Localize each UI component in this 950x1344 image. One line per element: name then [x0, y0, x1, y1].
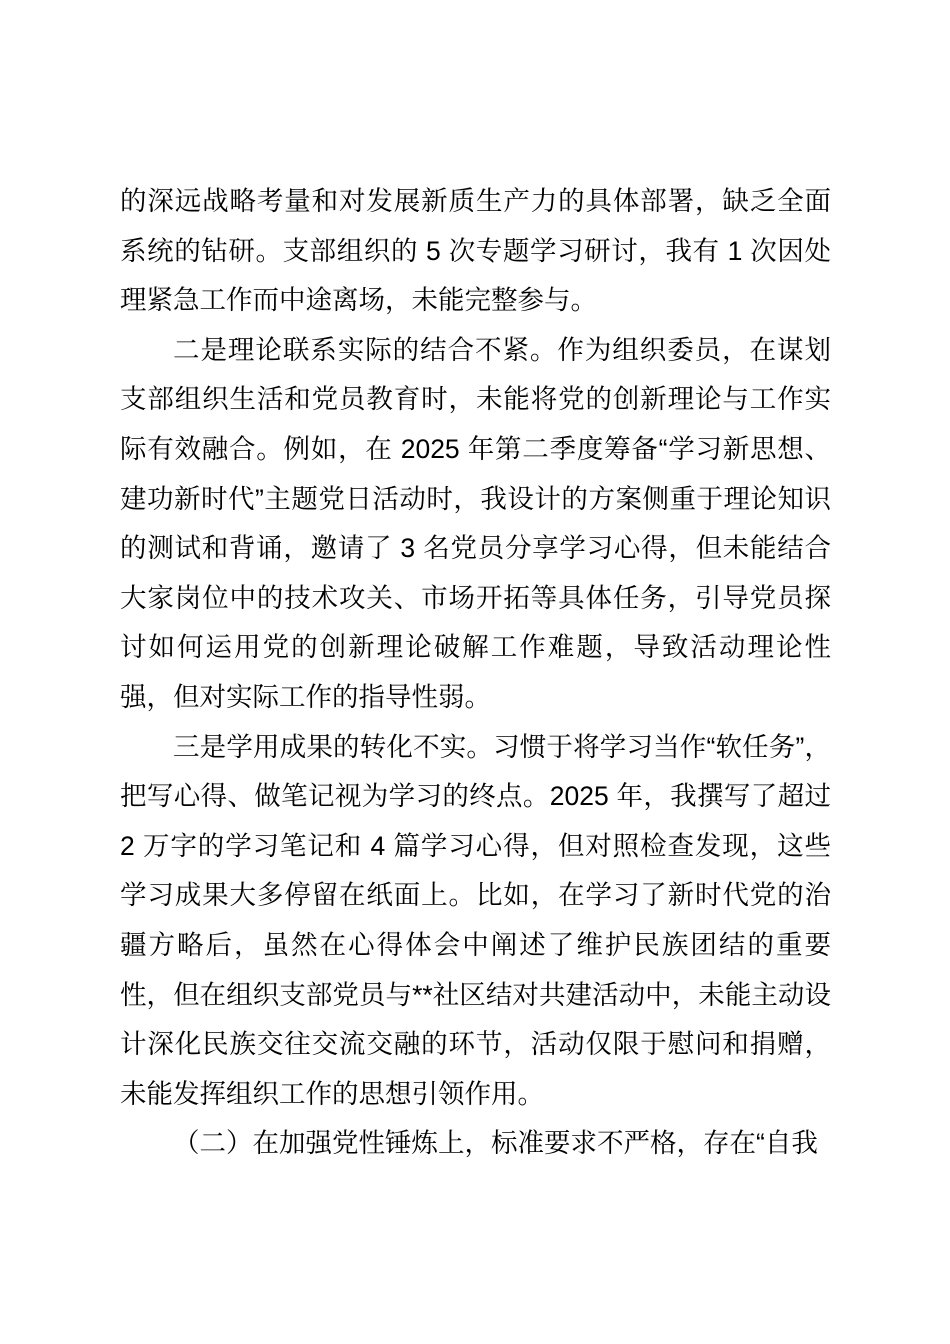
- document-page: 的深远战略考量和对发展新质生产力的具体部署，缺乏全面系统的钻研。支部组织的 5 …: [0, 0, 950, 1344]
- paragraph-carryover: 的深远战略考量和对发展新质生产力的具体部署，缺乏全面系统的钻研。支部组织的 5 …: [120, 177, 831, 326]
- document-text-block: 的深远战略考量和对发展新质生产力的具体部署，缺乏全面系统的钻研。支部组织的 5 …: [120, 177, 831, 1169]
- section-heading-two: （二）在加强党性锤炼上，标准要求不严格，存在“自我: [120, 1119, 831, 1169]
- paragraph-point-two: 二是理论联系实际的结合不紧。作为组织委员，在谋划支部组织生活和党员教育时，未能将…: [120, 326, 831, 723]
- paragraph-point-three: 三是学用成果的转化不实。习惯于将学习当作“软任务”，把写心得、做笔记视为学习的终…: [120, 723, 831, 1120]
